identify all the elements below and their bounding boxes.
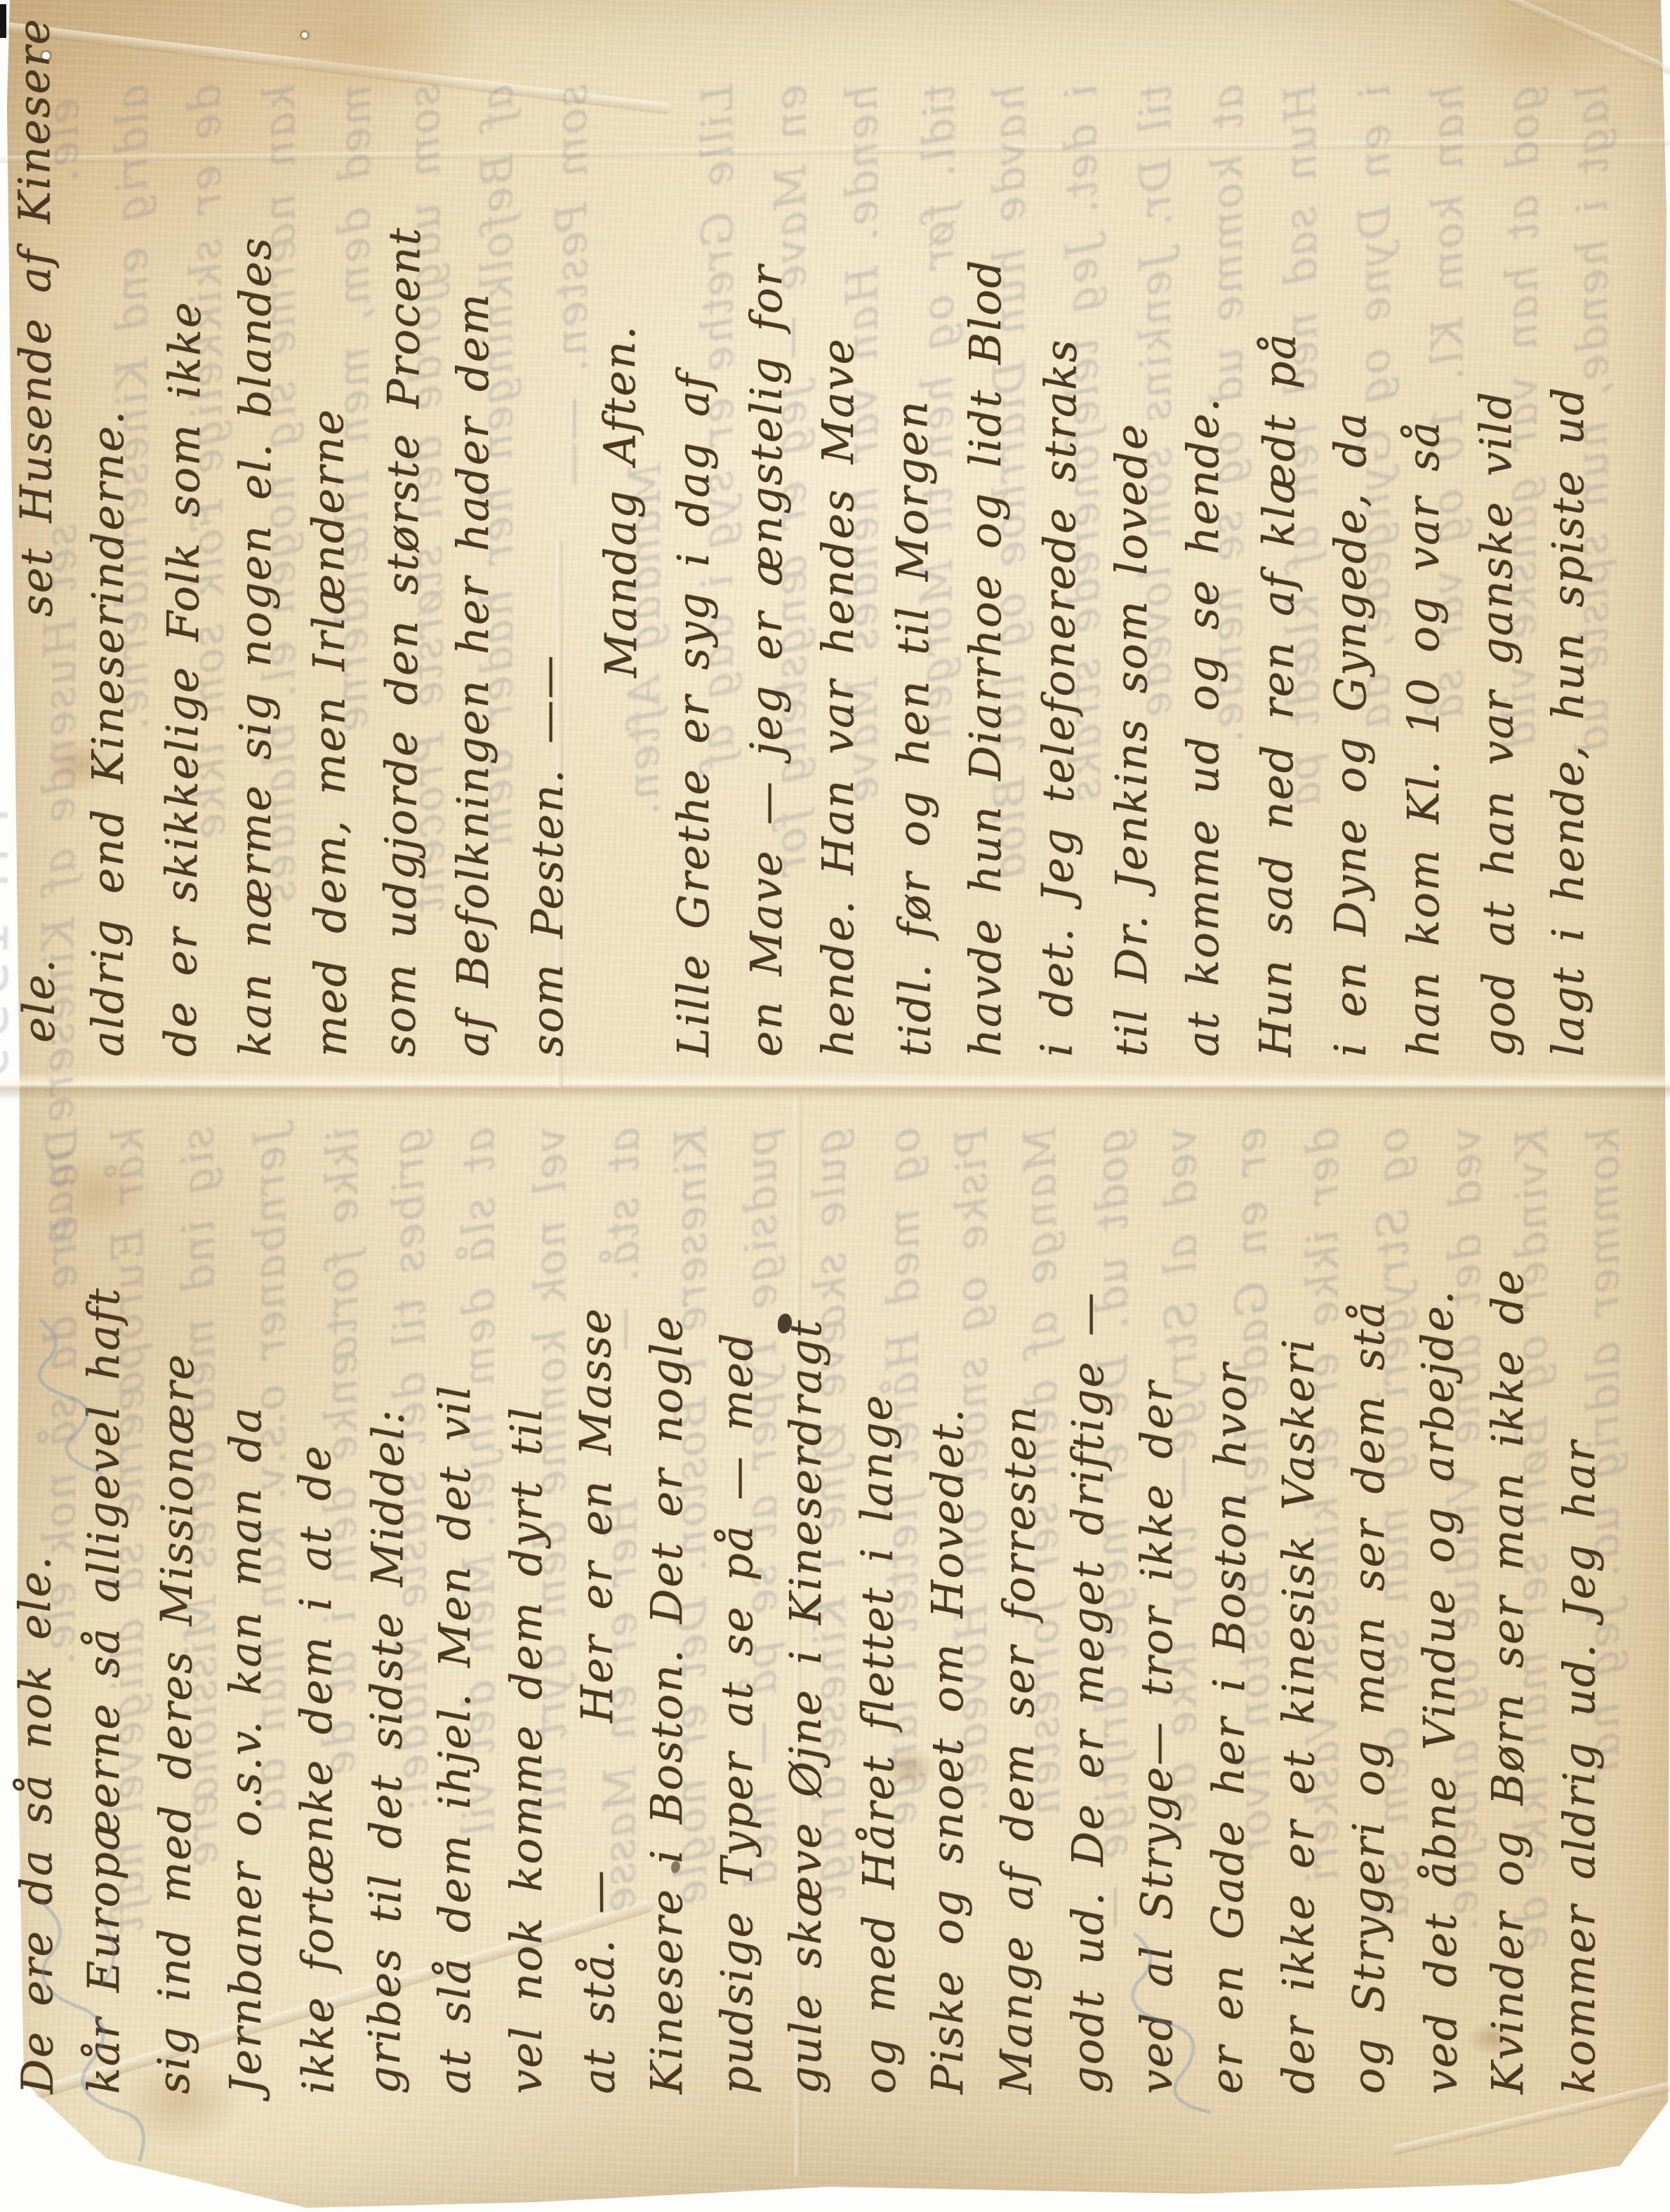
- letter-line: som Pesten. ——: [511, 0, 584, 1057]
- letter-line: kan nærme sig nogen el. blandes: [219, 0, 292, 1057]
- letter-line: godt ud. De er meget driftige —: [1053, 1085, 1123, 2094]
- letter-line: at slå dem ihjel. Men det vil: [420, 1085, 490, 2094]
- letter-line: han kom Kl. 10 og var så: [1387, 0, 1460, 1057]
- letter-line: der ikke er et kinesisk Vaskeri: [1264, 1085, 1334, 2094]
- letter-line: ved det åbne Vindue og arbejde.: [1401, 1085, 1477, 2095]
- letter-line: Kvinder og Børn ser man ikke de: [1473, 1085, 1543, 2094]
- letter-line: Hun sad ned ren af klædt på: [1239, 0, 1318, 1057]
- letter-line: ele. set Husende af Kinesere man: [0, 0, 76, 1057]
- letter-line: af Befolkningen her hader dem: [437, 0, 510, 1057]
- scanned-letter: PH 1539 ele. set Husende af Kinesere man…: [0, 0, 1670, 2212]
- letter-line: med dem, men Irlænderne: [289, 0, 368, 1057]
- letter-line: Jernbaner o.s.v. kan man da: [211, 1085, 281, 2094]
- letter-line: Mandag Aften.: [581, 0, 660, 1057]
- letter-line: de er skikkelige Folk som ikke: [144, 0, 223, 1057]
- blue-pencil-mark: [20, 1895, 167, 2176]
- letter-line: Piske og snoet om Hovedet.: [913, 1085, 983, 2094]
- blue-pencil-mark: [1116, 1923, 1235, 2119]
- letter-line: ikke fortænke dem i at de: [278, 1085, 354, 2095]
- letter-line: og med Håret flettet i lange: [840, 1085, 915, 2095]
- letter-line: lagt i hende, hun spiste ud: [1532, 0, 1605, 1057]
- letter-page-upper: ele. set Husende af Kinesere manaldrig e…: [0, 0, 1670, 1085]
- letter-line: hende. Han var hendes Mave: [802, 0, 875, 1057]
- letter-line: gribes til det sidste Middel:: [350, 1085, 426, 2095]
- letter-line: som udgjorde den største Procent: [363, 0, 442, 1057]
- letter-line: Lille Grethe er syg i dag af: [657, 0, 730, 1057]
- letter-line: Mange af dem ser forresten: [981, 1085, 1058, 2095]
- letter-page-lower: De ere da så nok ele.kår Europæerne så a…: [0, 1085, 1670, 2199]
- letter-line: at komme ud og se hende.: [1167, 0, 1240, 1057]
- letter-line: Kinesere i Boston. Det er nogle: [632, 1085, 702, 2094]
- letter-line: pudsige Typer at se på — med: [702, 1085, 772, 2094]
- letter-line: tidl. før og hen til Morgen: [873, 0, 952, 1057]
- letter-line: og Strygeri og man ser dem stå: [1334, 1085, 1404, 2094]
- letter-line: gule skæve Øjne i Kineserdragt: [771, 1085, 841, 2094]
- letter-line: i det. Jeg telefonerede straks: [1020, 0, 1099, 1057]
- letter-line: vel nok komme dem dyrt til: [491, 1085, 562, 2094]
- upper-page-lines: ele. set Husende af Kinesere manaldrig e…: [0, 0, 1670, 1085]
- letter-line: til Dr. Jenkins som lovede: [1095, 0, 1168, 1057]
- lower-page-lines: De ere da så nok ele.kår Europæerne så a…: [0, 1085, 1670, 2199]
- letter-line: at stå. — Her er en Masse: [559, 1085, 635, 2095]
- letter-line: havde hun Diarrhoe og lidt Blod: [949, 0, 1022, 1057]
- letter-line: aldrig end Kineserinderne.: [72, 0, 145, 1057]
- letter-line: kommer aldrig ud. Jeg har: [1544, 1085, 1615, 2094]
- blue-pencil-mark: [25, 1305, 131, 1488]
- letter-line: god at han var ganske vild: [1457, 0, 1536, 1057]
- letter-line: en Mave — jeg er ængstelig for: [730, 0, 803, 1057]
- letter-line: i en Dyne og Gyngede, da: [1314, 0, 1387, 1057]
